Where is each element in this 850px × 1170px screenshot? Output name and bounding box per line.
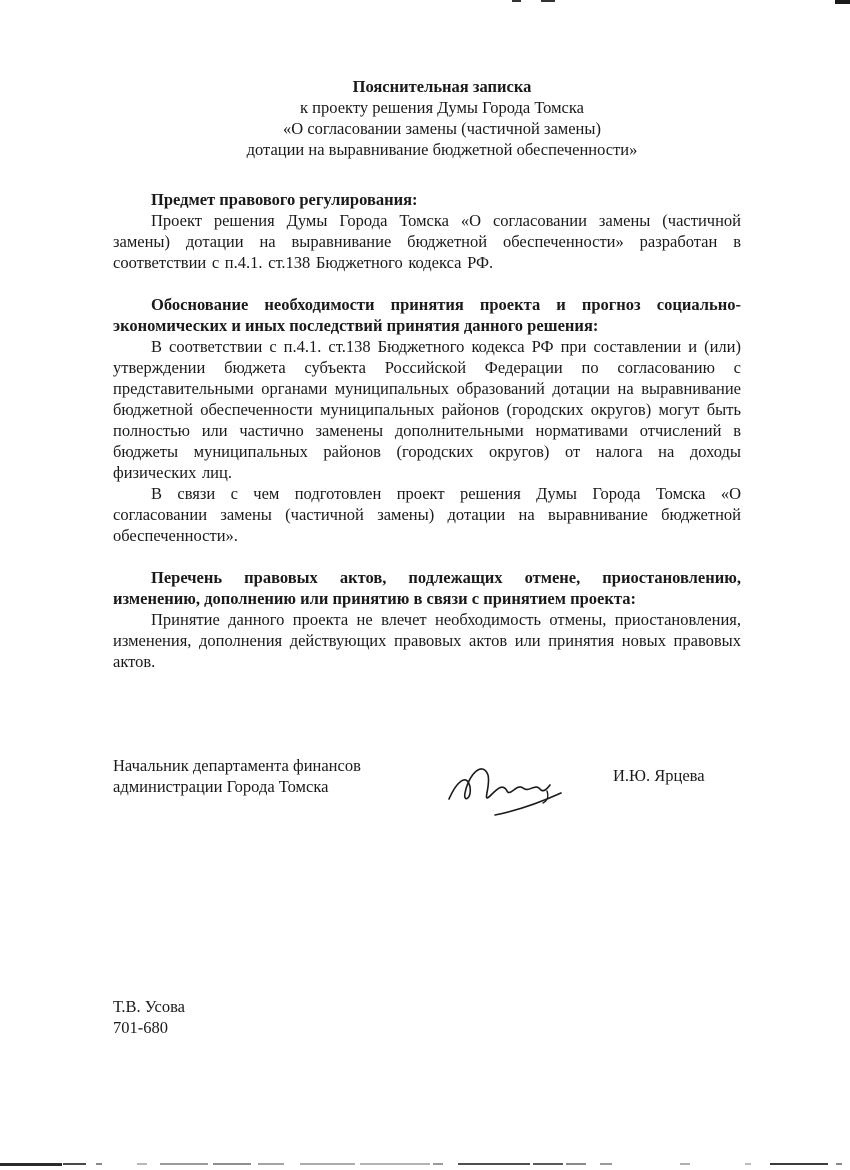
scan-artifact-bottom-line xyxy=(680,1163,690,1165)
scan-artifact-bottom-line xyxy=(458,1163,530,1165)
section-paragraph: В связи с чем подготовлен проект решения… xyxy=(113,483,741,546)
scan-artifact-bottom-line xyxy=(213,1163,251,1165)
scan-artifact-bottom-line xyxy=(258,1163,284,1165)
scan-artifact-top-dash-1 xyxy=(512,0,521,2)
signatory-name: И.Ю. Ярцева xyxy=(613,765,705,786)
scan-artifact-bottom-line xyxy=(745,1163,751,1165)
scan-artifact-bottom-line xyxy=(300,1163,355,1165)
executor-phone: 701-680 xyxy=(113,1017,185,1038)
scan-artifact-top-dash-2 xyxy=(541,0,555,2)
scan-artifact-bottom-line xyxy=(600,1163,612,1165)
executor-block: Т.В. Усова 701-680 xyxy=(113,996,185,1038)
scan-artifact-bottom-line xyxy=(360,1163,430,1165)
scan-artifact-bottom-line xyxy=(533,1163,563,1165)
section-paragraph: Принятие данного проекта не влечет необх… xyxy=(113,609,741,672)
signatory-position: Начальник департамента финансов админист… xyxy=(113,755,423,797)
scan-artifact-top-right-corner xyxy=(835,0,850,4)
section-heading: Перечень правовых актов, подлежащих отме… xyxy=(113,567,741,609)
document-page: Пояснительная записка к проекту решения … xyxy=(0,0,850,1170)
section-acts-list: Перечень правовых актов, подлежащих отме… xyxy=(113,567,741,672)
section-subject: Предмет правового регулирования: Проект … xyxy=(113,189,741,273)
title-line-1: Пояснительная записка xyxy=(143,76,741,97)
section-heading: Предмет правового регулирования: xyxy=(113,189,741,210)
handwritten-signature xyxy=(443,757,583,827)
scan-artifact-bottom-line xyxy=(770,1163,828,1165)
section-paragraph: Проект решения Думы Города Томска «О сог… xyxy=(113,210,741,273)
scan-artifact-bottom-line xyxy=(836,1163,842,1165)
scan-artifact-bottom-line xyxy=(0,1163,62,1166)
signatory-position-line-2: администрации Города Томска xyxy=(113,776,423,797)
scan-artifact-bottom-line xyxy=(566,1163,586,1165)
scan-artifact-bottom-line xyxy=(63,1163,86,1165)
title-line-2: к проекту решения Думы Города Томска xyxy=(143,97,741,118)
scan-artifact-bottom-line xyxy=(137,1163,147,1165)
document-title: Пояснительная записка к проекту решения … xyxy=(113,76,741,160)
document-body: Пояснительная записка к проекту решения … xyxy=(113,76,741,850)
scan-artifact-bottom-line xyxy=(433,1163,443,1165)
title-line-4: дотации на выравнивание бюджетной обеспе… xyxy=(143,139,741,160)
signature-block: Начальник департамента финансов админист… xyxy=(113,755,741,850)
section-heading: Обоснование необходимости принятия проек… xyxy=(113,294,741,336)
scan-artifact-bottom-line xyxy=(160,1163,208,1165)
title-line-3: «О согласовании замены (частичной замены… xyxy=(143,118,741,139)
signatory-position-line-1: Начальник департамента финансов xyxy=(113,755,423,776)
section-justification: Обоснование необходимости принятия проек… xyxy=(113,294,741,546)
scan-artifact-bottom-line xyxy=(96,1163,102,1165)
section-paragraph: В соответствии с п.4.1. ст.138 Бюджетног… xyxy=(113,336,741,483)
executor-name: Т.В. Усова xyxy=(113,996,185,1017)
